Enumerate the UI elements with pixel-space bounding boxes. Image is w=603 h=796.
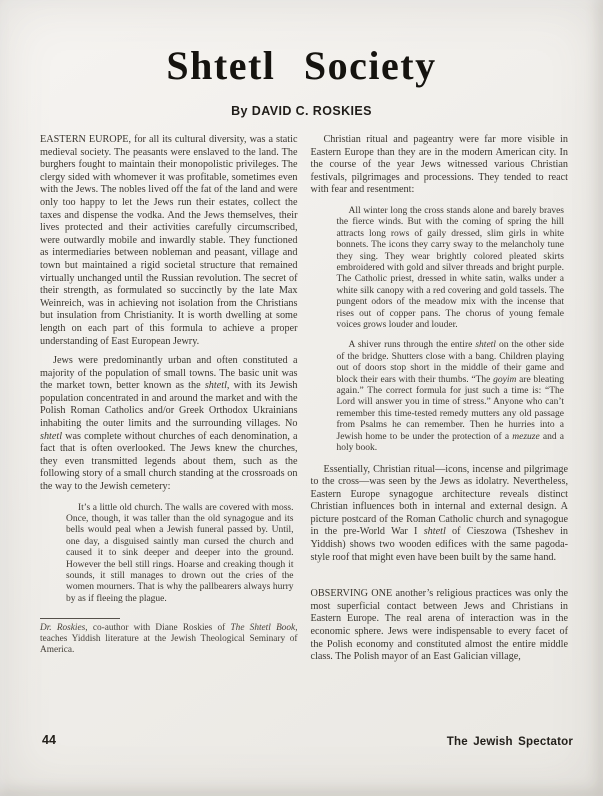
italic-term: shtetl — [424, 526, 446, 537]
italic-term: mezuze — [512, 432, 539, 442]
italic-term: goyim — [493, 375, 516, 385]
page-title: Shtetl Society — [0, 46, 603, 86]
text-run: It’s a little old church. The walls are … — [66, 503, 294, 604]
left-column: EASTERN EUROPE, for all its cultural div… — [40, 134, 298, 671]
footnote-text: Dr. Roskies, co-author with Diane Roskie… — [40, 623, 298, 656]
article-body: EASTERN EUROPE, for all its cultural div… — [0, 118, 603, 671]
italic-term: The Shtetl Book — [231, 623, 296, 633]
body-paragraph: Essentially, Christian ritual—icons, inc… — [311, 464, 569, 565]
right-column: Christian ritual and pageantry were far … — [311, 134, 569, 671]
block-quote: It’s a little old church. The walls are … — [66, 503, 294, 606]
body-paragraph: Christian ritual and pageantry were far … — [311, 134, 569, 197]
text-run: EASTERN EUROPE, for all its cultural div… — [40, 134, 298, 347]
text-run: A shiver runs through the entire — [349, 340, 476, 350]
text-run: All winter long the cross stands alone a… — [337, 206, 565, 330]
body-paragraph: OBSERVING ONE another’s religious practi… — [311, 588, 569, 664]
footnote-rule — [40, 618, 120, 619]
page-number: 44 — [42, 733, 56, 747]
text-run: , co-author with Diane Roskies of — [85, 623, 230, 633]
text-run: OBSERVING ONE another’s religious practi… — [311, 588, 569, 662]
byline: By DAVID C. ROSKIES — [0, 104, 603, 118]
footnote: Dr. Roskies, co-author with Diane Roskie… — [40, 618, 298, 656]
italic-term: shtetl — [205, 380, 227, 391]
block-quote: All winter long the cross stands alone a… — [337, 206, 565, 331]
italic-term: shtetl — [40, 431, 62, 442]
italic-term: Dr. Roskies — [40, 623, 85, 633]
text-run: Christian ritual and pageantry were far … — [311, 134, 569, 195]
italic-term: shtetl — [475, 340, 496, 350]
body-paragraph: EASTERN EUROPE, for all its cultural div… — [40, 134, 298, 348]
body-paragraph: Jews were predominantly urban and often … — [40, 355, 298, 494]
block-quote: A shiver runs through the entire shtetl … — [337, 340, 565, 454]
text-run: was complete without churches of each de… — [40, 431, 298, 492]
journal-name: The Jewish Spectator — [447, 736, 573, 748]
magazine-page: Shtetl Society By DAVID C. ROSKIES EASTE… — [0, 0, 603, 796]
